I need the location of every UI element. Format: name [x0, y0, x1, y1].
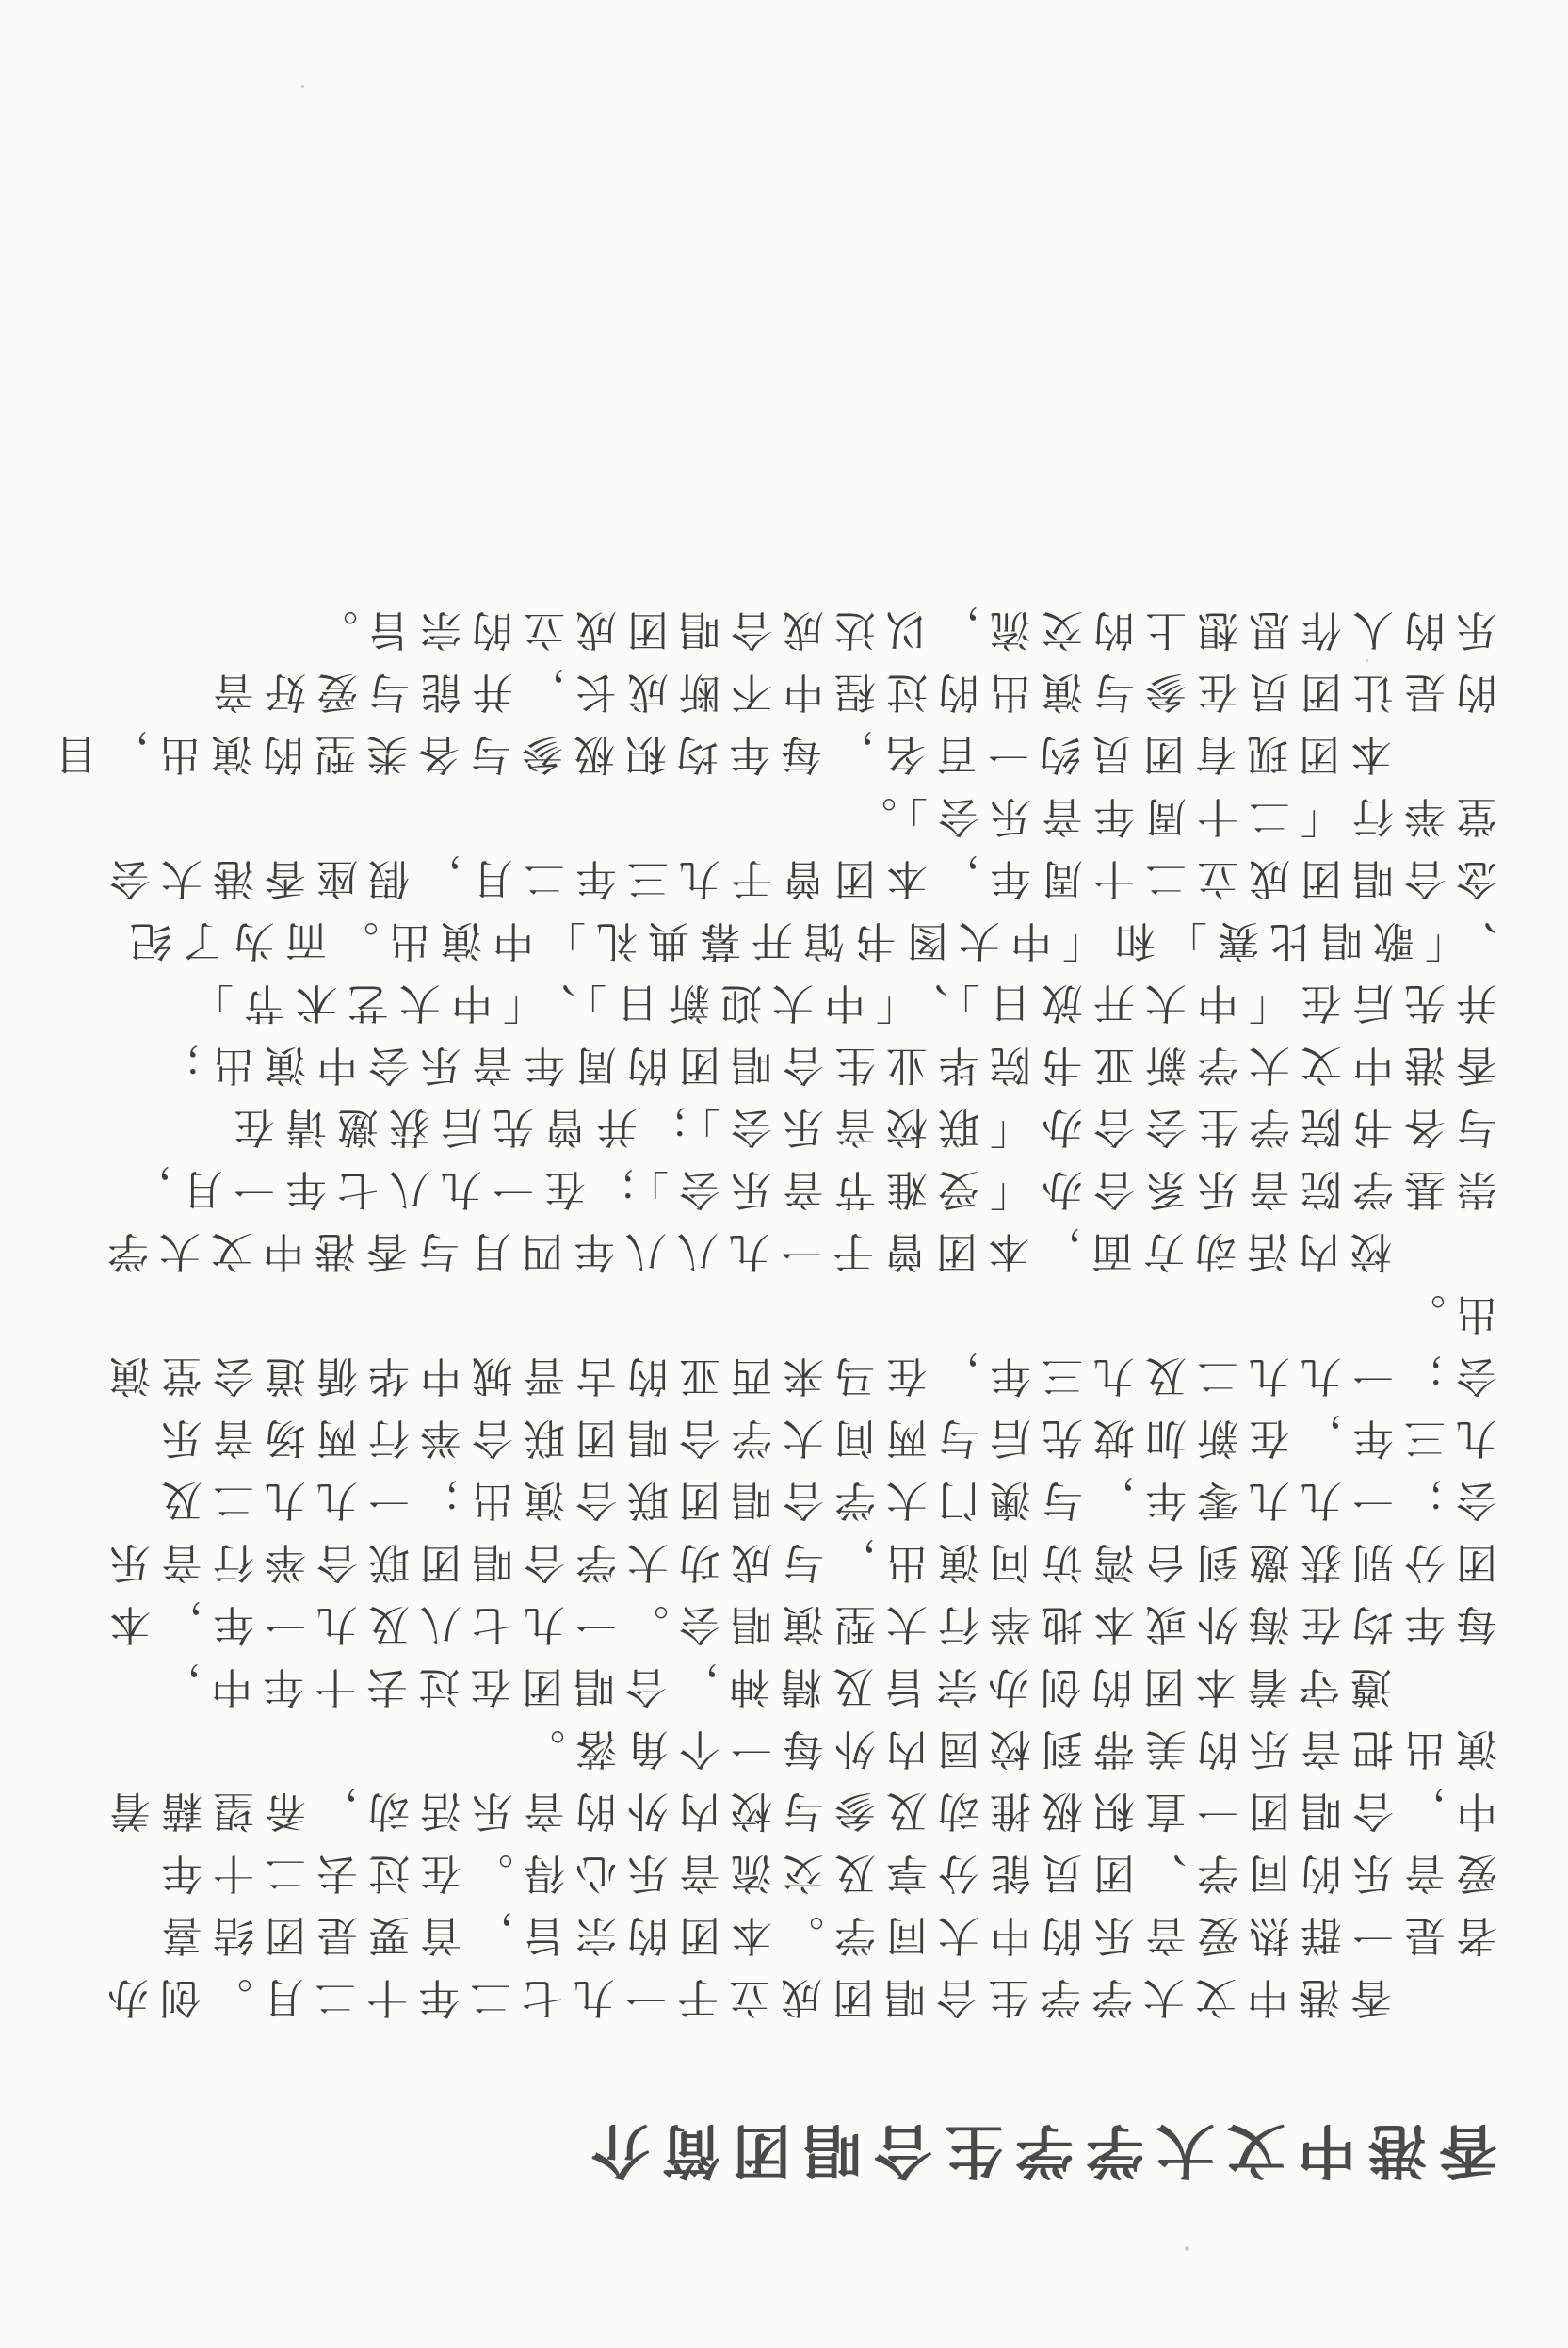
upside-down-sheet: 香港中文大学学生合唱团简介 香港中文大学学生合唱团成立于一九七二年十二月。创办者… [0, 0, 1568, 2348]
text-line: 团分别获邀到台湾访问演出，与成功大学合唱团联合举行音乐 [57, 1530, 1497, 1593]
scan-speck [1366, 659, 1368, 662]
text-line: 校内活动方面，本团曾于一九八八年四月与香港中文大学 [57, 1220, 1497, 1282]
text-line: 堂举行「二十周年音乐会」。 [57, 785, 1497, 847]
text-line: 者是一群热爱音乐的中大同学。本团的宗旨，首要是团结喜 [57, 1903, 1497, 1966]
text-line: 的是让团员在参与演出的过程中不断成长，并能与爱好音 [57, 660, 1497, 722]
text-line: 中，合唱团一直积极推动及参与校内外的音乐活动，希望藉着 [57, 1779, 1497, 1841]
text-line: 会；一九九零年，与澳门大学合唱团联合演出；一九九二及 [57, 1468, 1497, 1530]
text-line: 香港中文大学学生合唱团成立于一九七二年十二月。创办 [57, 1966, 1497, 2028]
text-line: 每年均在海外或本地举行大型演唱会。一九七八及九一年，本 [57, 1593, 1497, 1655]
text-line: 出。 [57, 1282, 1497, 1344]
scan-speck [1185, 2246, 1189, 2251]
text-line: 念合唱团成立二十周年，本团曾于九三年二月，假座香港大会 [57, 847, 1497, 909]
text-line: 本团现有团员约一百名，每年均积极参与各类型的演出，目 [57, 722, 1497, 785]
text-line: 并先后在「中大开放日」、「中大迎新日」、「中大艺术节」 [57, 971, 1497, 1033]
text-line: 香港中文大学新亚书院毕业生合唱团的周年音乐会中演出； [57, 1033, 1497, 1095]
text-line: 九三年，在新加坡先后与两间大学合唱团联合举行两场音乐 [57, 1406, 1497, 1468]
text-line: 会；一九九二及九三年，在马来西亚的古晋城中华循道会堂演 [57, 1344, 1497, 1406]
scan-speck [301, 85, 304, 88]
text-line: 爱音乐的同学、团员能分享及交流音乐心得。在过去二十年 [57, 1841, 1497, 1903]
text-line: 遵守着本团的创办宗旨及精神，合唱团在过去十年中， [57, 1655, 1497, 1717]
text-line: 、「歌唱比赛」和「中大图书馆开幕典礼」中演出。而为了纪 [57, 909, 1497, 971]
text-line: 崇基学院音乐系合办「受难节音乐会」；在一九八七年一月， [57, 1158, 1497, 1220]
text-line: 演出把音乐的美带到校园内外每一个角落。 [57, 1717, 1497, 1779]
document-title: 香港中文大学学生合唱团简介 [579, 2113, 1497, 2197]
document-body: 香港中文大学学生合唱团成立于一九七二年十二月。创办者是一群热爱音乐的中大同学。本… [57, 598, 1497, 2028]
scanned-page: 香港中文大学学生合唱团简介 香港中文大学学生合唱团成立于一九七二年十二月。创办者… [0, 0, 1568, 2348]
text-line: 乐的人作思想上的交流，以达成合唱团成立的宗旨。 [57, 598, 1497, 660]
text-line: 与各书院学生会合办「联校音乐会」；并曾先后获邀请在 [57, 1095, 1497, 1158]
